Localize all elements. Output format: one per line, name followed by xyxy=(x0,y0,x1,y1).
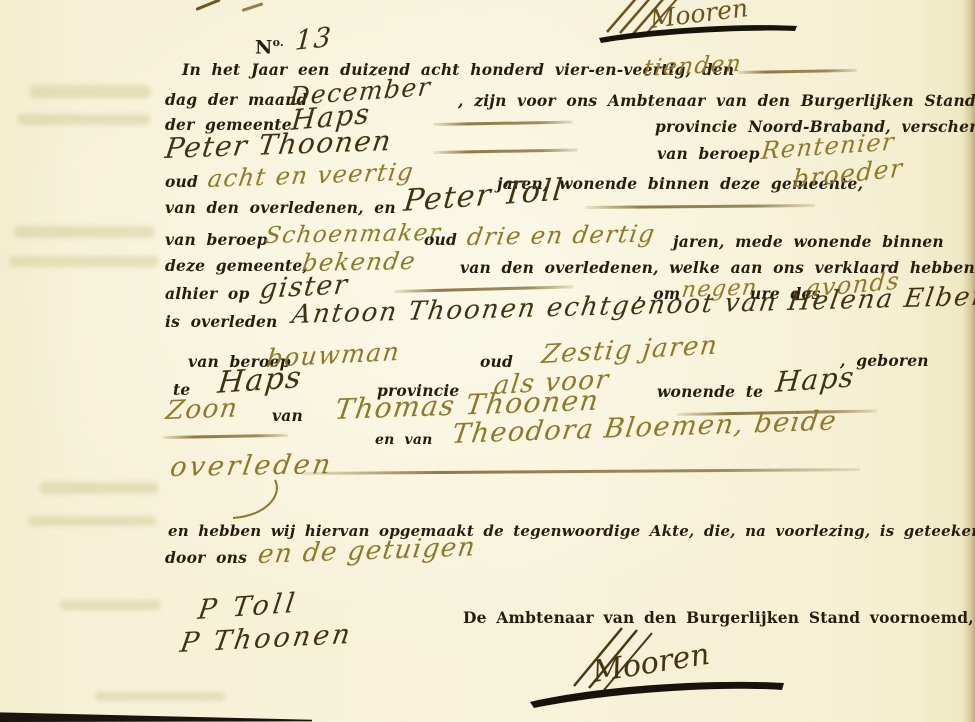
form-text: door ons xyxy=(165,548,247,567)
ink-line xyxy=(585,204,815,209)
ink-line xyxy=(433,148,578,154)
official-signature: Mooren xyxy=(528,622,790,717)
form-text: van beroep xyxy=(657,144,760,163)
form-text: alhier op xyxy=(165,284,250,303)
act-number-label-sup: o. xyxy=(273,36,284,49)
written-deceased-name: Antoon Thoonen echtgenoot van Helena Elb… xyxy=(290,281,975,330)
bleedthrough-mark xyxy=(40,482,158,494)
bleedthrough-mark xyxy=(14,226,154,238)
form-text: van den overledenen, en xyxy=(165,198,396,217)
bleedthrough-mark xyxy=(10,256,158,267)
written-closing-addition: en de getuigen xyxy=(256,532,478,570)
witness1-signature: P Toll xyxy=(196,588,300,626)
written-child-relation: Zoon xyxy=(164,393,240,426)
form-text: en hebben wij hiervan opgemaakt de tegen… xyxy=(168,522,975,540)
bleedthrough-mark xyxy=(95,692,225,701)
form-text: jaren, mede wonende binnen xyxy=(673,232,944,251)
ink-line xyxy=(394,285,574,293)
pen-flourish xyxy=(225,478,285,523)
ink-line xyxy=(300,468,860,475)
written-declarant2-name: Peter Toll xyxy=(402,172,566,219)
written-age2: drie en dertig xyxy=(465,220,658,251)
form-text: is overleden xyxy=(165,312,278,331)
form-text: oud xyxy=(424,230,457,249)
form-text: dag der maand xyxy=(165,90,308,109)
act-number-label-main: N xyxy=(255,36,273,58)
act-number-value: 13 xyxy=(294,22,333,57)
ink-line xyxy=(737,69,857,74)
ink-line xyxy=(163,434,288,439)
written-day: tienden xyxy=(642,51,744,82)
ink-line xyxy=(433,121,573,126)
bleedthrough-mark xyxy=(28,516,156,526)
form-text: oud xyxy=(165,172,198,191)
form-text: wonende te xyxy=(657,382,763,401)
form-text: van xyxy=(272,406,303,425)
bleedthrough-mark xyxy=(30,85,150,98)
act-number-label: No. xyxy=(255,36,284,58)
form-text: van beroep xyxy=(165,230,268,249)
written-occupation2: Schoenmaker xyxy=(263,220,443,249)
form-text: oud xyxy=(480,352,513,371)
written-deceased-age: Zestig jaren xyxy=(540,331,720,370)
written-age1: acht en veertig xyxy=(206,158,416,193)
form-text: , zijn voor ons Ambtenaar van den Burger… xyxy=(458,91,975,110)
death-certificate-scan: Mooren No. 13 In het Jaar een duizend ac… xyxy=(0,0,975,722)
pen-stroke xyxy=(195,0,220,11)
pen-stroke xyxy=(242,2,264,12)
bleedthrough-mark xyxy=(18,114,150,125)
written-residence: Haps xyxy=(774,360,857,399)
form-text: en van xyxy=(375,432,433,448)
bleedthrough-mark xyxy=(60,600,160,610)
previous-official-signature: Mooren xyxy=(593,0,803,44)
scan-shadow-bottom-left xyxy=(0,706,312,722)
